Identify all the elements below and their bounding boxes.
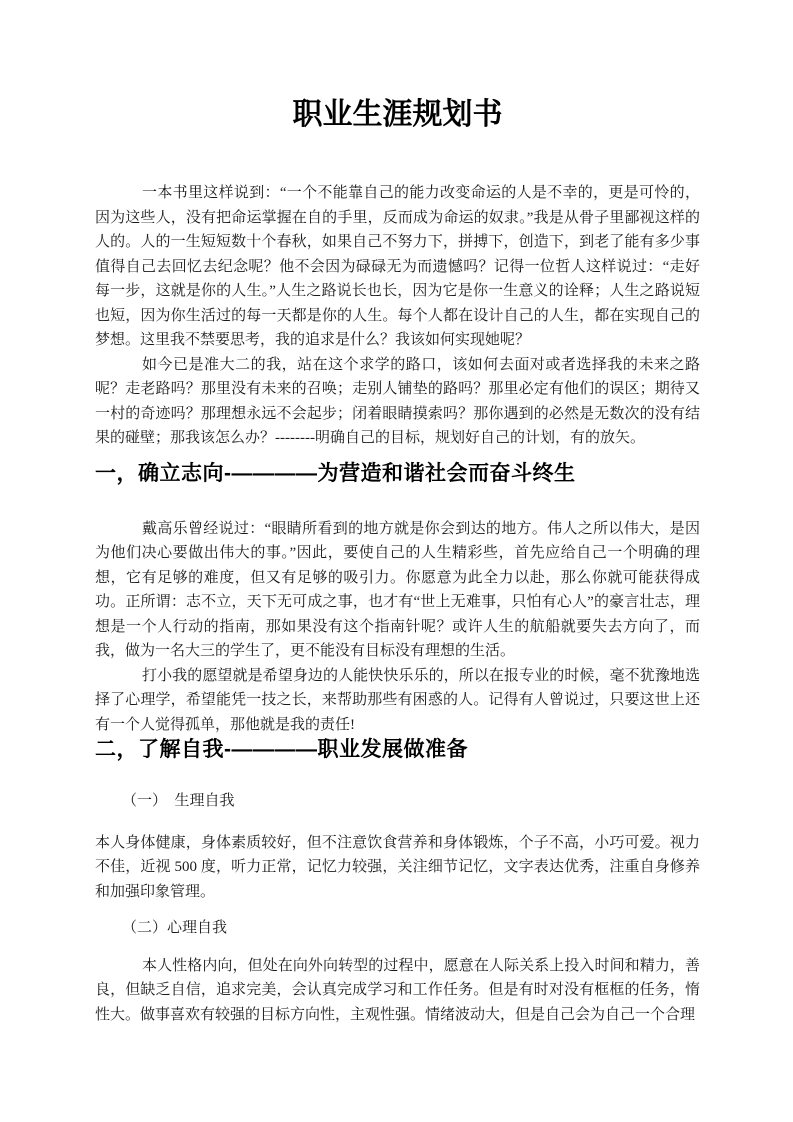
document-title: 职业生涯规划书 — [95, 97, 700, 133]
subsection-2-label: （二）心理自我 — [95, 916, 700, 941]
section-1-paragraph-2: 打小我的愿望就是希望身边的人能快快乐乐的，所以在报专业的时候，毫不犹豫地选择了心… — [95, 664, 700, 738]
document-page: 职业生涯规划书 一本书里这样说到：“一个不能靠自己的能力改变命运的人是不幸的，更… — [0, 0, 793, 1122]
intro-paragraph-2: 如今已是准大二的我，站在这个求学的路口，该如何去面对或者选择我的未来之路呢？走老… — [95, 353, 700, 451]
physical-self-paragraph: 本人身体健康，身体素质较好，但不注意饮食营养和身体锻炼，个子不高，小巧可爱。视力… — [95, 831, 700, 905]
section-2-heading: 二，了解自我-————职业发展做准备 — [95, 737, 700, 763]
psychological-self-paragraph: 本人性格内向，但处在向外向转型的过程中，愿意在人际关系上投入时间和精力，善良，但… — [95, 954, 700, 1028]
section-1-heading: 一，确立志向-————为营造和谐社会而奋斗终生 — [95, 461, 700, 487]
subsection-1-label: （一） 生理自我 — [95, 789, 700, 814]
section-1-paragraph-1: 戴高乐曾经说过：“眼睛所看到的地方就是你会到达的地方。伟人之所以伟大，是因为他们… — [95, 517, 700, 664]
intro-paragraph-1: 一本书里这样说到：“一个不能靠自己的能力改变命运的人是不幸的，更是可怜的，因为这… — [95, 181, 700, 353]
